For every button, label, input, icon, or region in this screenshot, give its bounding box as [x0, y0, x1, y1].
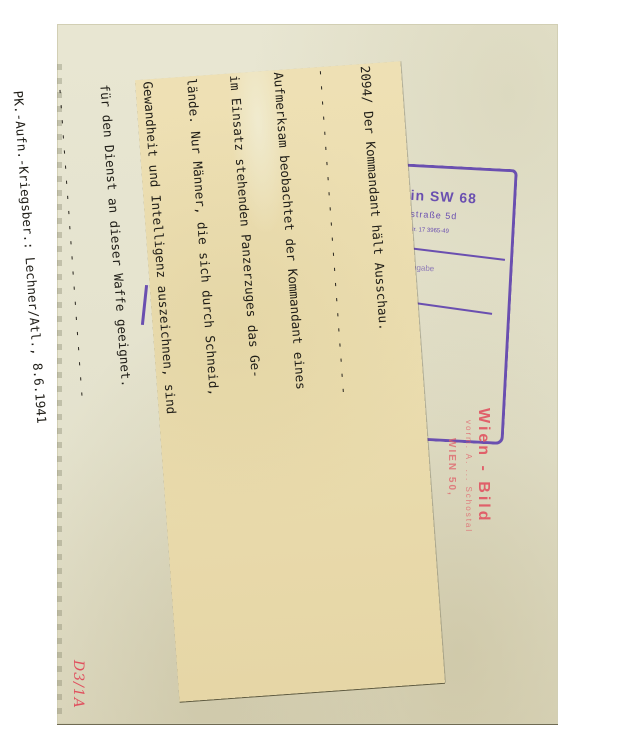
caption-line: 2094/ Der Kommandant hält Ausschau.: [357, 65, 415, 676]
red-stamp-title: Wien - Bild: [474, 408, 492, 524]
caption-text: 2094/ Der Kommandant hält Ausschau. - - …: [0, 63, 444, 707]
caption-label: 2094/ Der Kommandant hält Ausschau. - - …: [135, 61, 445, 701]
red-stamp-subtitle: vorm. A. ... Schostal: [464, 420, 473, 533]
red-stamp-city: WIEN 50,: [446, 438, 457, 497]
stamp-city: rlin SW 68: [399, 186, 477, 206]
